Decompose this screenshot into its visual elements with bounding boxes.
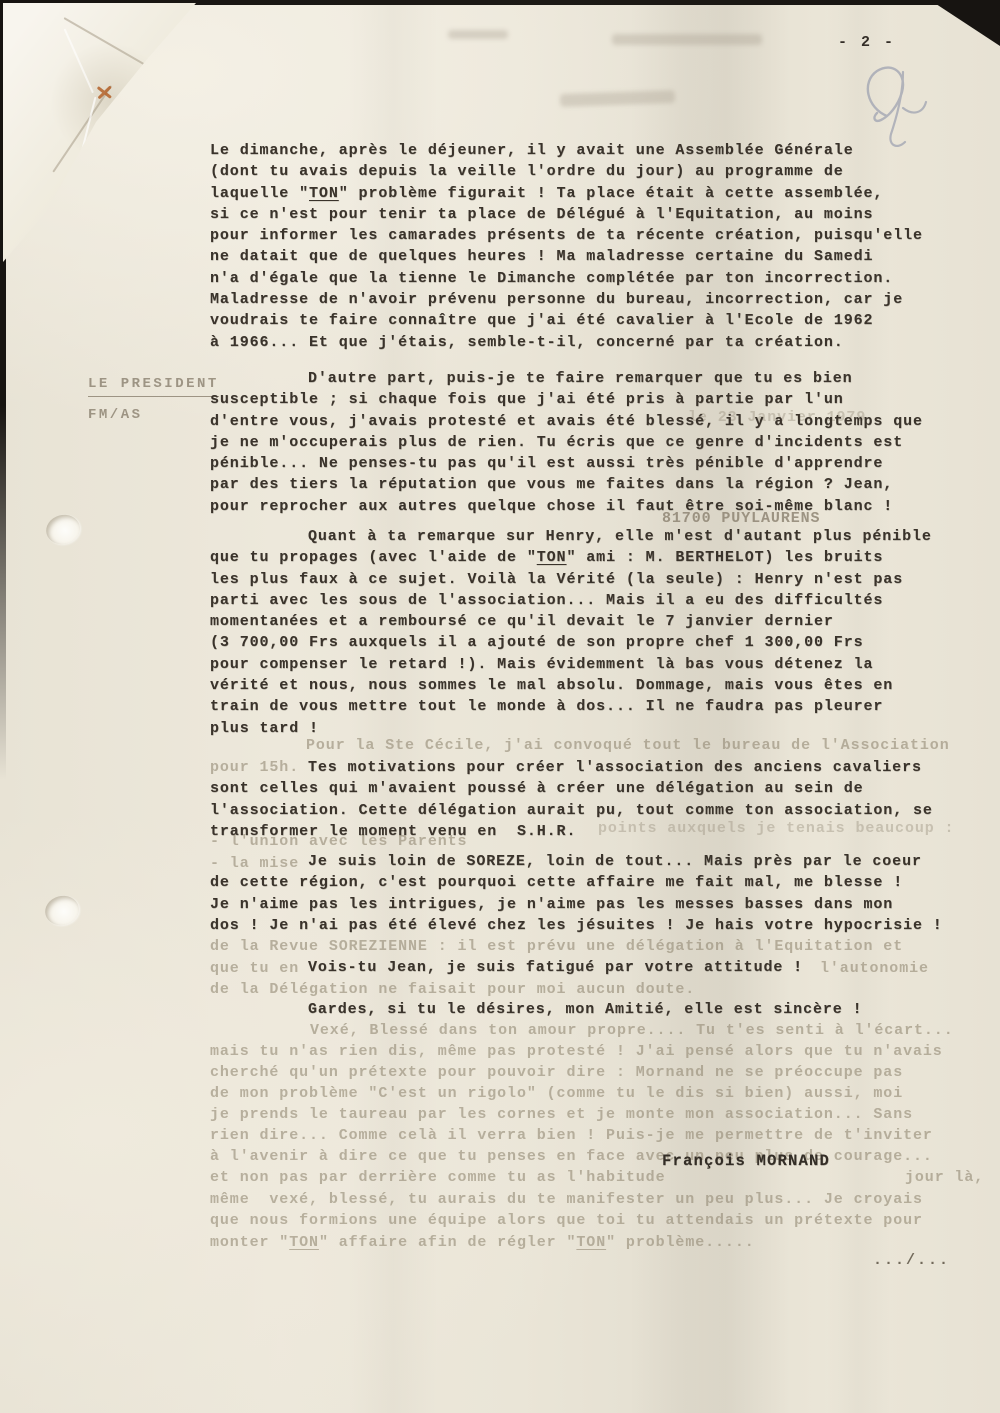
paragraph-5: Je suis loin de SOREZE, loin de tout... … [210, 851, 976, 936]
scanned-letter-page: - 2 - LE PRESIDENTFM/ASle 23 Janvier 197… [0, 0, 1000, 1413]
letter-body: Le dimanche, après le déjeuner, il y ava… [0, 0, 1000, 1413]
signature: François MORNAND [662, 1152, 830, 1170]
paragraph-6: Vois-tu Jean, je suis fatigué par votre … [210, 957, 976, 978]
continuation-mark: .../... [873, 1252, 950, 1269]
paragraph-2: D'autre part, puis-je te faire remarquer… [210, 368, 976, 517]
paragraph-1: Le dimanche, après le déjeuner, il y ava… [210, 140, 976, 353]
paragraph-4: Tes motivations pour créer l'association… [210, 757, 976, 842]
paragraph-7: Gardes, si tu le désires, mon Amitié, el… [210, 999, 976, 1020]
paragraph-3: Quant à ta remarque sur Henry, elle m'es… [210, 526, 976, 739]
